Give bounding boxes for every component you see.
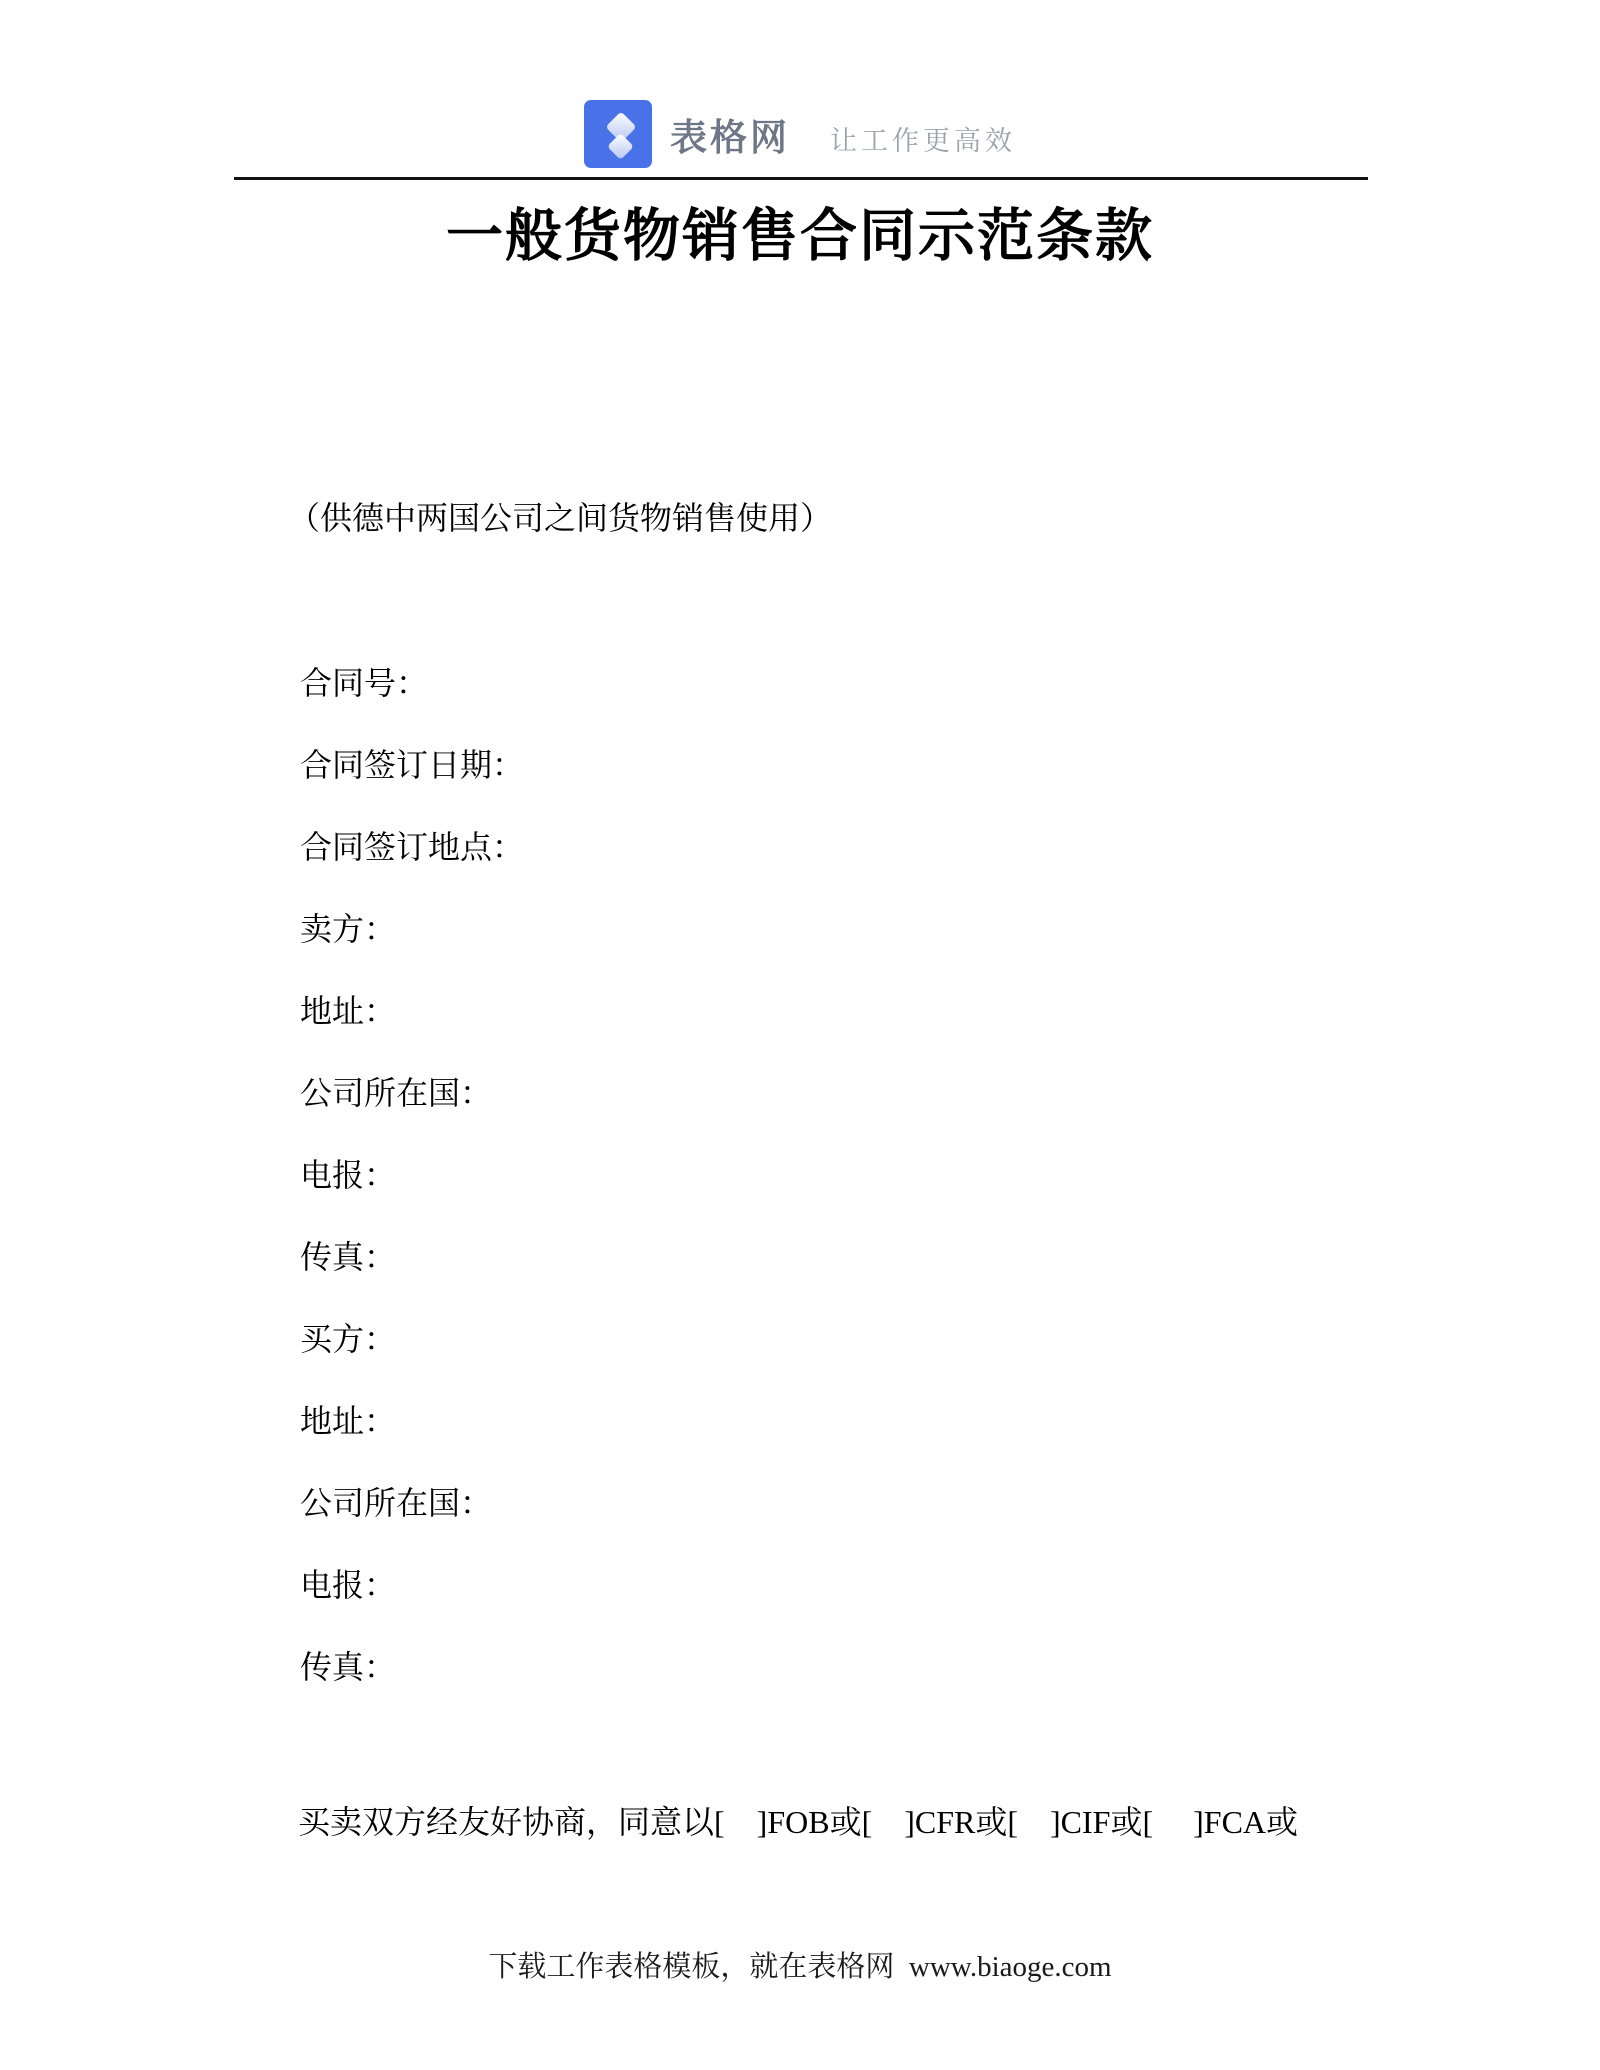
contract-field-line: 地址： — [300, 1380, 524, 1462]
contract-field-list: 合同号：合同签订日期：合同签订地点：卖方：地址：公司所在国：电报：传真：买方：地… — [300, 642, 524, 1708]
clause-paragraph: 买卖双方经友好协商，同意以[ ]FOB或[ ]CFR或[ ]CIF或[ ]FCA… — [298, 1801, 1298, 1843]
contract-field-line: 买方： — [300, 1298, 524, 1380]
contract-field-line: 合同签订日期： — [300, 724, 524, 806]
header-divider — [234, 177, 1368, 180]
contract-field-line: 传真： — [300, 1216, 524, 1298]
contract-field-line: 合同签订地点： — [300, 806, 524, 888]
contract-field-line: 公司所在国： — [300, 1052, 524, 1134]
brand-text: 表格网 让工作更高效 — [670, 107, 1016, 161]
usage-note: （供德中两国公司之间货物销售使用） — [288, 499, 832, 537]
contract-field-line: 合同号： — [300, 642, 524, 724]
brand-name: 表格网 — [670, 107, 790, 161]
brand-tagline: 让工作更高效 — [830, 119, 1016, 158]
contract-field-line: 传真： — [300, 1626, 524, 1708]
document-page: 表格网 让工作更高效 一般货物销售合同示范条款 （供德中两国公司之间货物销售使用… — [0, 0, 1600, 2070]
footer-note: 下载工作表格模板，就在表格网 www.biaoge.com — [0, 1944, 1600, 1985]
contract-field-line: 卖方： — [300, 888, 524, 970]
contract-field-line: 电报： — [300, 1134, 524, 1216]
page-title: 一般货物销售合同示范条款 — [0, 190, 1600, 272]
contract-field-line: 公司所在国： — [300, 1462, 524, 1544]
contract-field-line: 电报： — [300, 1544, 524, 1626]
contract-field-line: 地址： — [300, 970, 524, 1052]
brand-header: 表格网 让工作更高效 — [0, 98, 1600, 170]
biaoge-logo-icon — [584, 100, 652, 168]
